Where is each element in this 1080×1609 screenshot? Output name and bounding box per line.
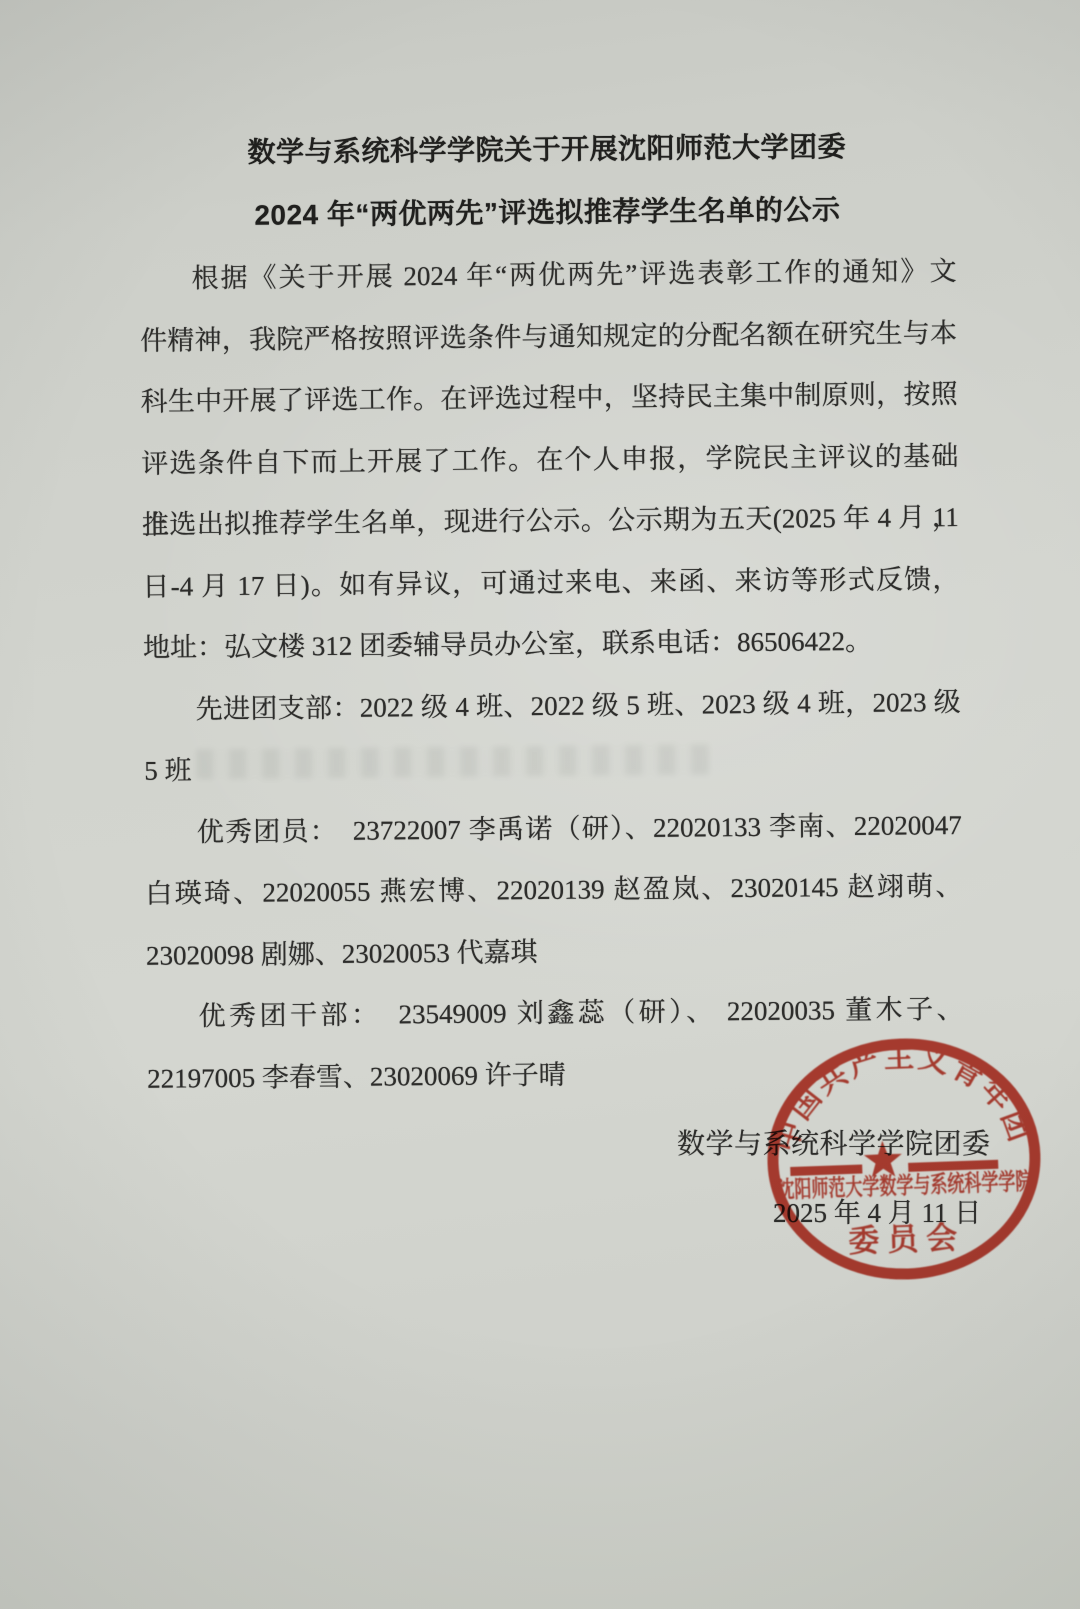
body-line: 评选条件自下而上开展了工作。在个人申报，学院民主评议的基础上， [141, 425, 959, 494]
body-line: 推选出拟推荐学生名单，现进行公示。公示期为五天(2025 年 4 月 11 [142, 487, 960, 556]
body-line: 优秀团员： 23722007 李禹诺（研）、22020133 李南、220200… [145, 794, 963, 863]
body-line: 根据《关于开展 2024 年“两优两先”评选表彰工作的通知》文 [139, 241, 957, 310]
body-line: 优秀团干部： 23549009 刘鑫蕊（研）、 22020035 董木子、 [146, 979, 964, 1048]
document-sheet: 数学与系统科学学院关于开展沈阳师范大学团委 2024 年“两优两先”评选拟推荐学… [0, 0, 1080, 1609]
signature-line: 数学与系统科学学院团委 [677, 1122, 991, 1162]
body-line: 先进团支部：2022 级 4 班、2022 级 5 班、2023 级 4 班，2… [143, 671, 961, 740]
date-line: 2025 年 4 月 11 日 [773, 1191, 981, 1230]
body-line: 日-4 月 17 日)。如有异议，可通过来电、来函、来访等形式反馈， [142, 548, 960, 617]
body-line: 5 班 [144, 733, 962, 802]
page-title-line-2: 2024 年“两优两先”评选拟推荐学生名单的公示 [139, 192, 956, 234]
body-line: 科生中开展了评选工作。在评选过程中，坚持民主集中制原则，按照 [140, 364, 958, 433]
body-line: 白瑛琦、22020055 燕宏博、22020139 赵盈岚、23020145 赵… [145, 856, 963, 925]
body-line: 23020098 剧娜、23020053 代嘉琪 [146, 917, 964, 986]
body-line: 地址：弘文楼 312 团委辅导员办公室，联系电话：86506422。 [143, 610, 961, 679]
page-title-line-1: 数学与系统科学学院关于开展沈阳师范大学团委 [138, 129, 955, 171]
body-line: 件精神，我院严格按照评选条件与通知规定的分配名额在研究生与本 [140, 302, 958, 371]
body-text: 根据《关于开展 2024 年“两优两先”评选表彰工作的通知》文件精神，我院严格按… [139, 241, 964, 1110]
body-line: 22197005 李春雪、23020069 许子晴 [147, 1040, 965, 1109]
document-photo: 数学与系统科学学院关于开展沈阳师范大学团委 2024 年“两优两先”评选拟推荐学… [0, 0, 1080, 1609]
